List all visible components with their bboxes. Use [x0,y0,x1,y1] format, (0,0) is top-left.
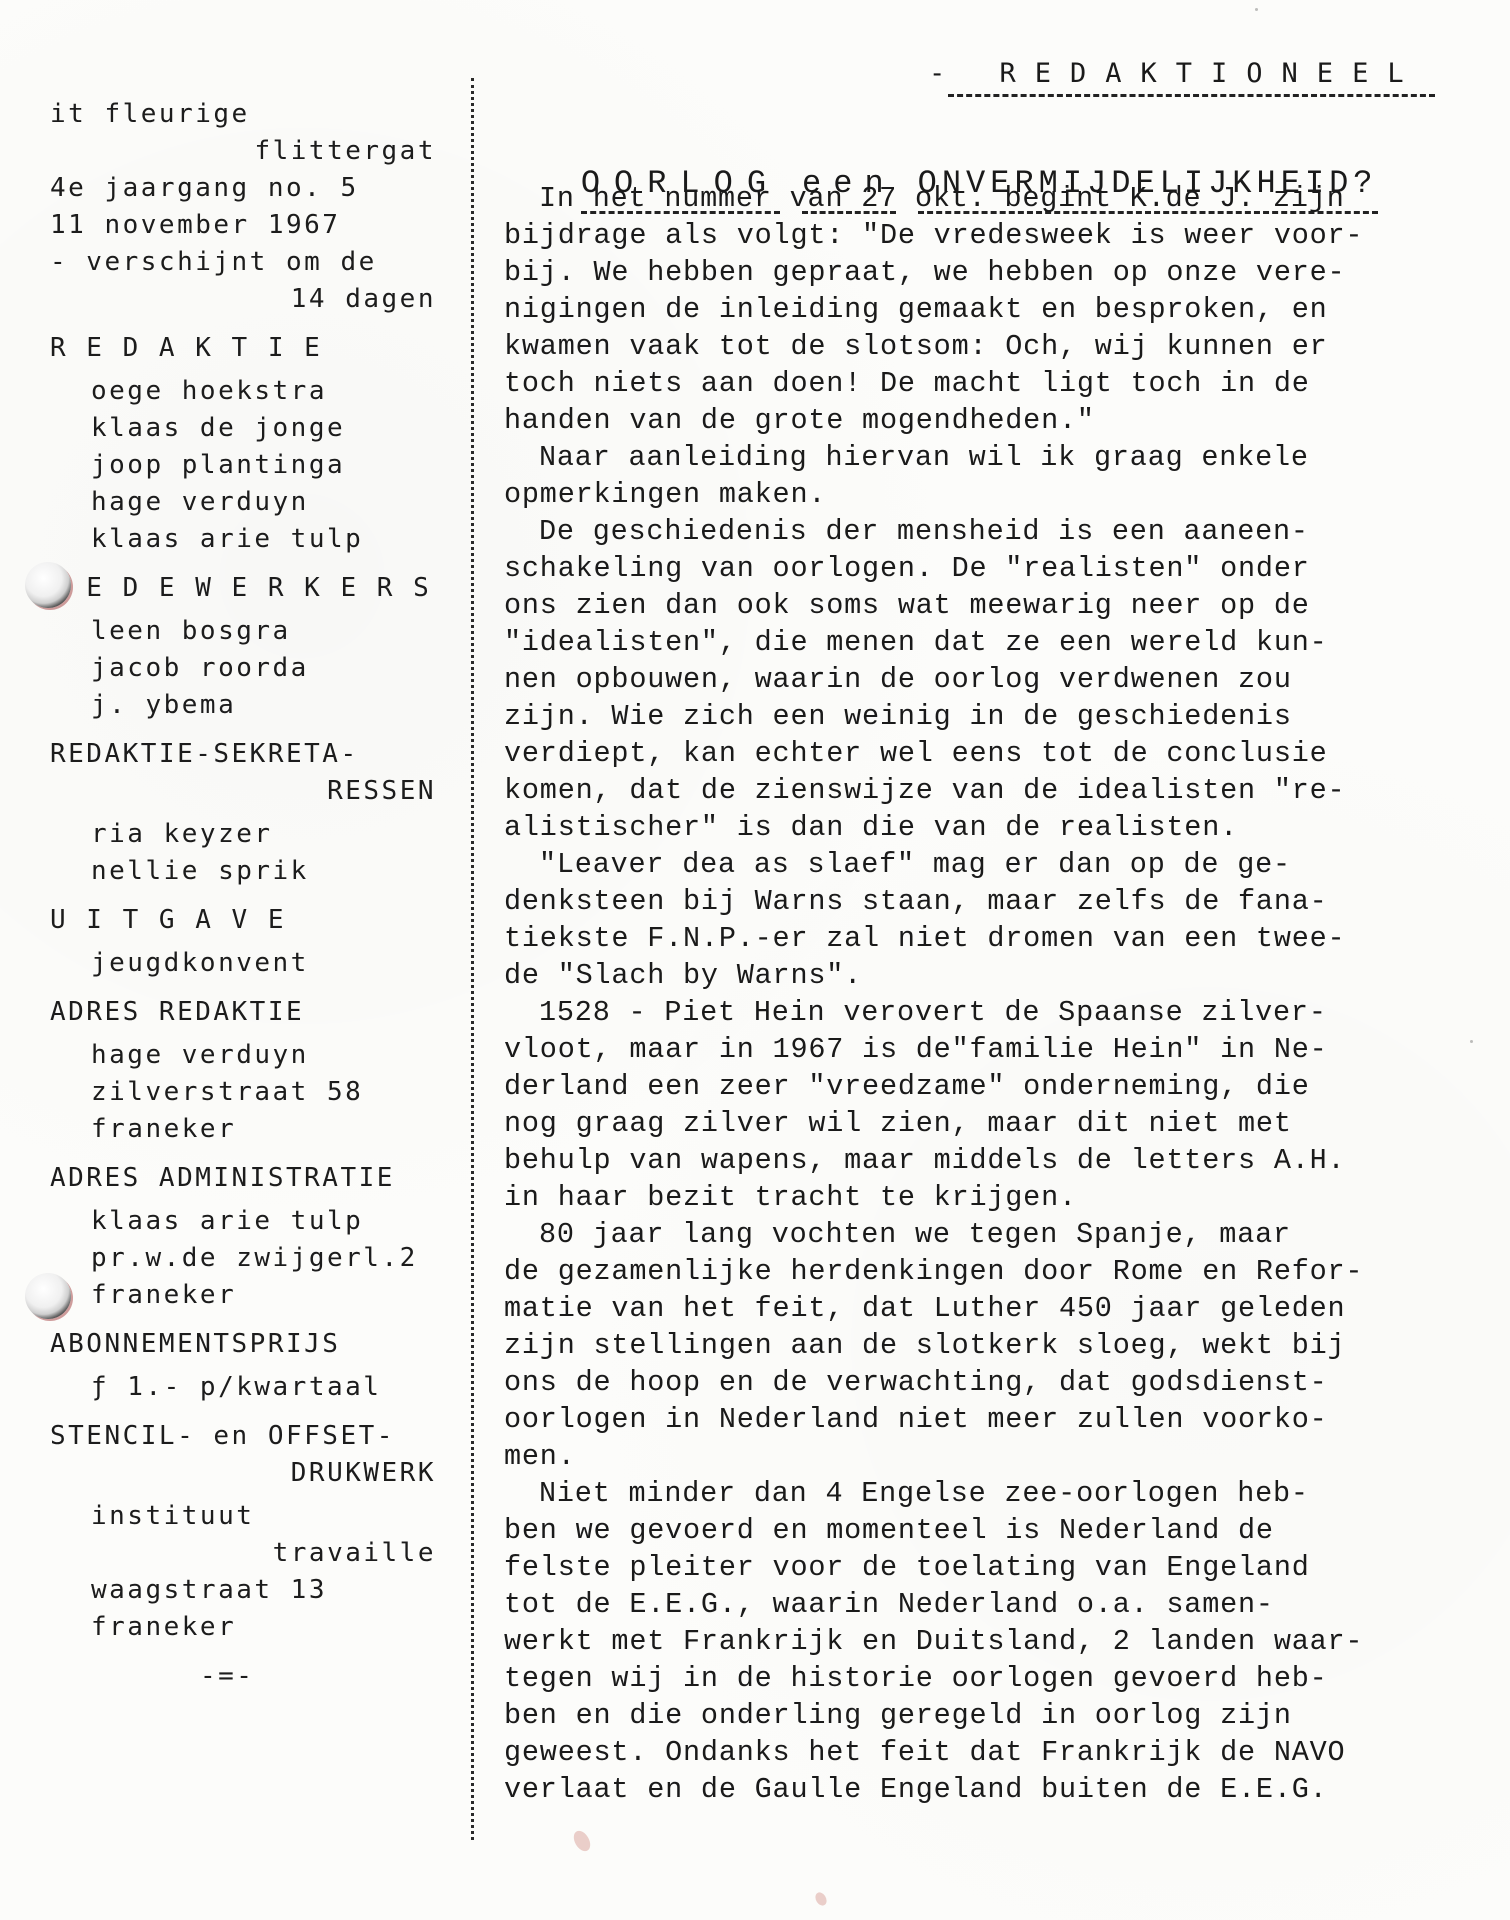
article-line: 80 jaar lang vochten we tegen Spanje, ma… [504,1216,1464,1253]
article-line: toch niets aan doen! De macht ligt toch … [504,365,1464,402]
article-line: de gezamenlijke herdenkingen door Rome e… [504,1253,1464,1290]
colophon-entry: ria keyzer [50,816,440,853]
article-line: ons zien dan ook soms wat meewarig neer … [504,587,1464,624]
colophon-entry: hage verduyn [50,1037,440,1074]
article-line: ben en die onderling geregeld in oorlog … [504,1697,1464,1734]
article-line: kwamen vaak tot de slotsom: Och, wij kun… [504,328,1464,365]
masthead-volume: 4e jaargang no. 5 [50,170,440,207]
article-line: nen opbouwen, waarin de oorlog verdwenen… [504,661,1464,698]
article-line: men. [504,1438,1464,1475]
article-line: De geschiedenis der mensheid is een aane… [504,513,1464,550]
article-line: bij. We hebben gepraat, we hebben op onz… [504,254,1464,291]
masthead-title-line1: it fleurige [50,96,440,133]
article-line: "idealisten", die menen dat ze een werel… [504,624,1464,661]
article-line: tiekste F.N.P.-er zal niet dromen van ee… [504,920,1464,957]
article-body: In het nummer van 27 okt. begint K.de J.… [504,180,1464,1808]
colophon-entry: jeugdkonvent [50,945,440,982]
punch-hole-top [25,562,71,608]
colophon-entry: klaas de jonge [50,410,440,447]
article-line: denksteen bij Warns staan, maar zelfs de… [504,883,1464,920]
colophon-heading: ABONNEMENTSPRIJS [50,1326,440,1363]
article-line: werkt met Frankrijk en Duitsland, 2 land… [504,1623,1464,1660]
colophon-entry: zilverstraat 58 [50,1074,440,1111]
article-line: bijdrage als volgt: "De vredesweek is we… [504,217,1464,254]
paper-speck [1470,1040,1473,1043]
article-line: tot de E.E.G., waarin Nederland o.a. sam… [504,1586,1464,1623]
article-line: felste pleiter voor de toelating van Eng… [504,1549,1464,1586]
article-line: oorlogen in Nederland niet meer zullen v… [504,1401,1464,1438]
paper-speck [1255,8,1258,11]
colophon-entry: klaas arie tulp [50,1203,440,1240]
article-line: 1528 - Piet Hein verovert de Spaanse zil… [504,994,1464,1031]
colophon-column: it fleurige flittergat 4e jaargang no. 5… [50,96,440,1695]
masthead-date: 11 november 1967 [50,207,440,244]
article-line: schakeling van oorlogen. De "realisten" … [504,550,1464,587]
article-line: "Leaver dea as slaef" mag er dan op de g… [504,846,1464,883]
article-line: verdiept, kan echter wel eens tot de con… [504,735,1464,772]
masthead-frequency-line2: 14 dagen [50,281,440,318]
article-line: Naar aanleiding hiervan wil ik graag enk… [504,439,1464,476]
colophon-end-mark: -=- [50,1658,440,1695]
colophon-entry: nellie sprik [50,853,440,890]
article-line: derland een zeer "vreedzame" onderneming… [504,1068,1464,1105]
article-line: handen van de grote mogendheden." [504,402,1464,439]
colophon-entry: oege hoekstra [50,373,440,410]
article-line: nog graag zilver wil zien, maar dit niet… [504,1105,1464,1142]
colophon-entry: franeker [50,1609,440,1646]
article-line: zijn. Wie zich een weinig in de geschied… [504,698,1464,735]
article-line: geweest. Ondanks het feit dat Frankrijk … [504,1734,1464,1771]
colophon-entry: hage verduyn [50,484,440,521]
article-line: ons de hoop en de verwachting, dat godsd… [504,1364,1464,1401]
article-line: alistischer" is dan die van de realisten… [504,809,1464,846]
section-underline [948,94,1435,97]
colophon-sections: R E D A K T I Eoege hoekstraklaas de jon… [50,330,440,1658]
colophon-heading: STENCIL- en OFFSET- [50,1418,440,1455]
article-line: ben we gevoerd en momenteel is Nederland… [504,1512,1464,1549]
punch-hole-bottom [25,1273,71,1319]
colophon-entry: jacob roorda [50,650,440,687]
article-line: opmerkingen maken. [504,476,1464,513]
colophon-heading-continued: DRUKWERK [50,1455,440,1492]
colophon-entry: franeker [50,1277,440,1314]
article-line: nigingen de inleiding gemaakt en besprok… [504,291,1464,328]
masthead-frequency-line1: - verschijnt om de [50,244,440,281]
colophon-entry: waagstraat 13 [50,1572,440,1609]
colophon-heading: REDAKTIE-SEKRETA- [50,736,440,773]
colophon-entry: j. ybema [50,687,440,724]
colophon-entry: instituut [50,1498,440,1535]
colophon-entry: klaas arie tulp [50,521,440,558]
colophon-entry: travaille [50,1535,440,1572]
colophon-heading: M E D E W E R K E R S [50,570,440,607]
article-line: de "Slach by Warns". [504,957,1464,994]
article-line: verlaat en de Gaulle Engeland buiten de … [504,1771,1464,1808]
colophon-entry: franeker [50,1111,440,1148]
article-line: behulp van wapens, maar middels de lette… [504,1142,1464,1179]
colophon-entry: joop plantinga [50,447,440,484]
article-line: matie van het feit, dat Luther 450 jaar … [504,1290,1464,1327]
column-divider [471,78,474,1840]
article-line: zijn stellingen aan de slotkerk sloeg, w… [504,1327,1464,1364]
article-line: In het nummer van 27 okt. begint K.de J.… [504,180,1464,217]
colophon-entry: pr.w.de zwijgerl.2 [50,1240,440,1277]
article-line: tegen wij in de historie oorlogen gevoer… [504,1660,1464,1697]
colophon-heading: R E D A K T I E [50,330,440,367]
article-line: vloot, maar in 1967 is de"familie Hein" … [504,1031,1464,1068]
colophon-entry: leen bosgra [50,613,440,650]
article-line: in haar bezit tracht te krijgen. [504,1179,1464,1216]
colophon-heading: ADRES REDAKTIE [50,994,440,1031]
article-line: komen, dat de zienswijze van de idealist… [504,772,1464,809]
colophon-heading: ADRES ADMINISTRATIE [50,1160,440,1197]
masthead-title-line2: flittergat [50,133,440,170]
section-label: - REDAKTIONEEL [929,58,1423,89]
colophon-heading: U I T G A V E [50,902,440,939]
colophon-heading-continued: RESSEN [50,773,440,810]
colophon-entry: ƒ 1.- p/kwartaal [50,1369,440,1406]
article-line: Niet minder dan 4 Engelse zee-oorlogen h… [504,1475,1464,1512]
